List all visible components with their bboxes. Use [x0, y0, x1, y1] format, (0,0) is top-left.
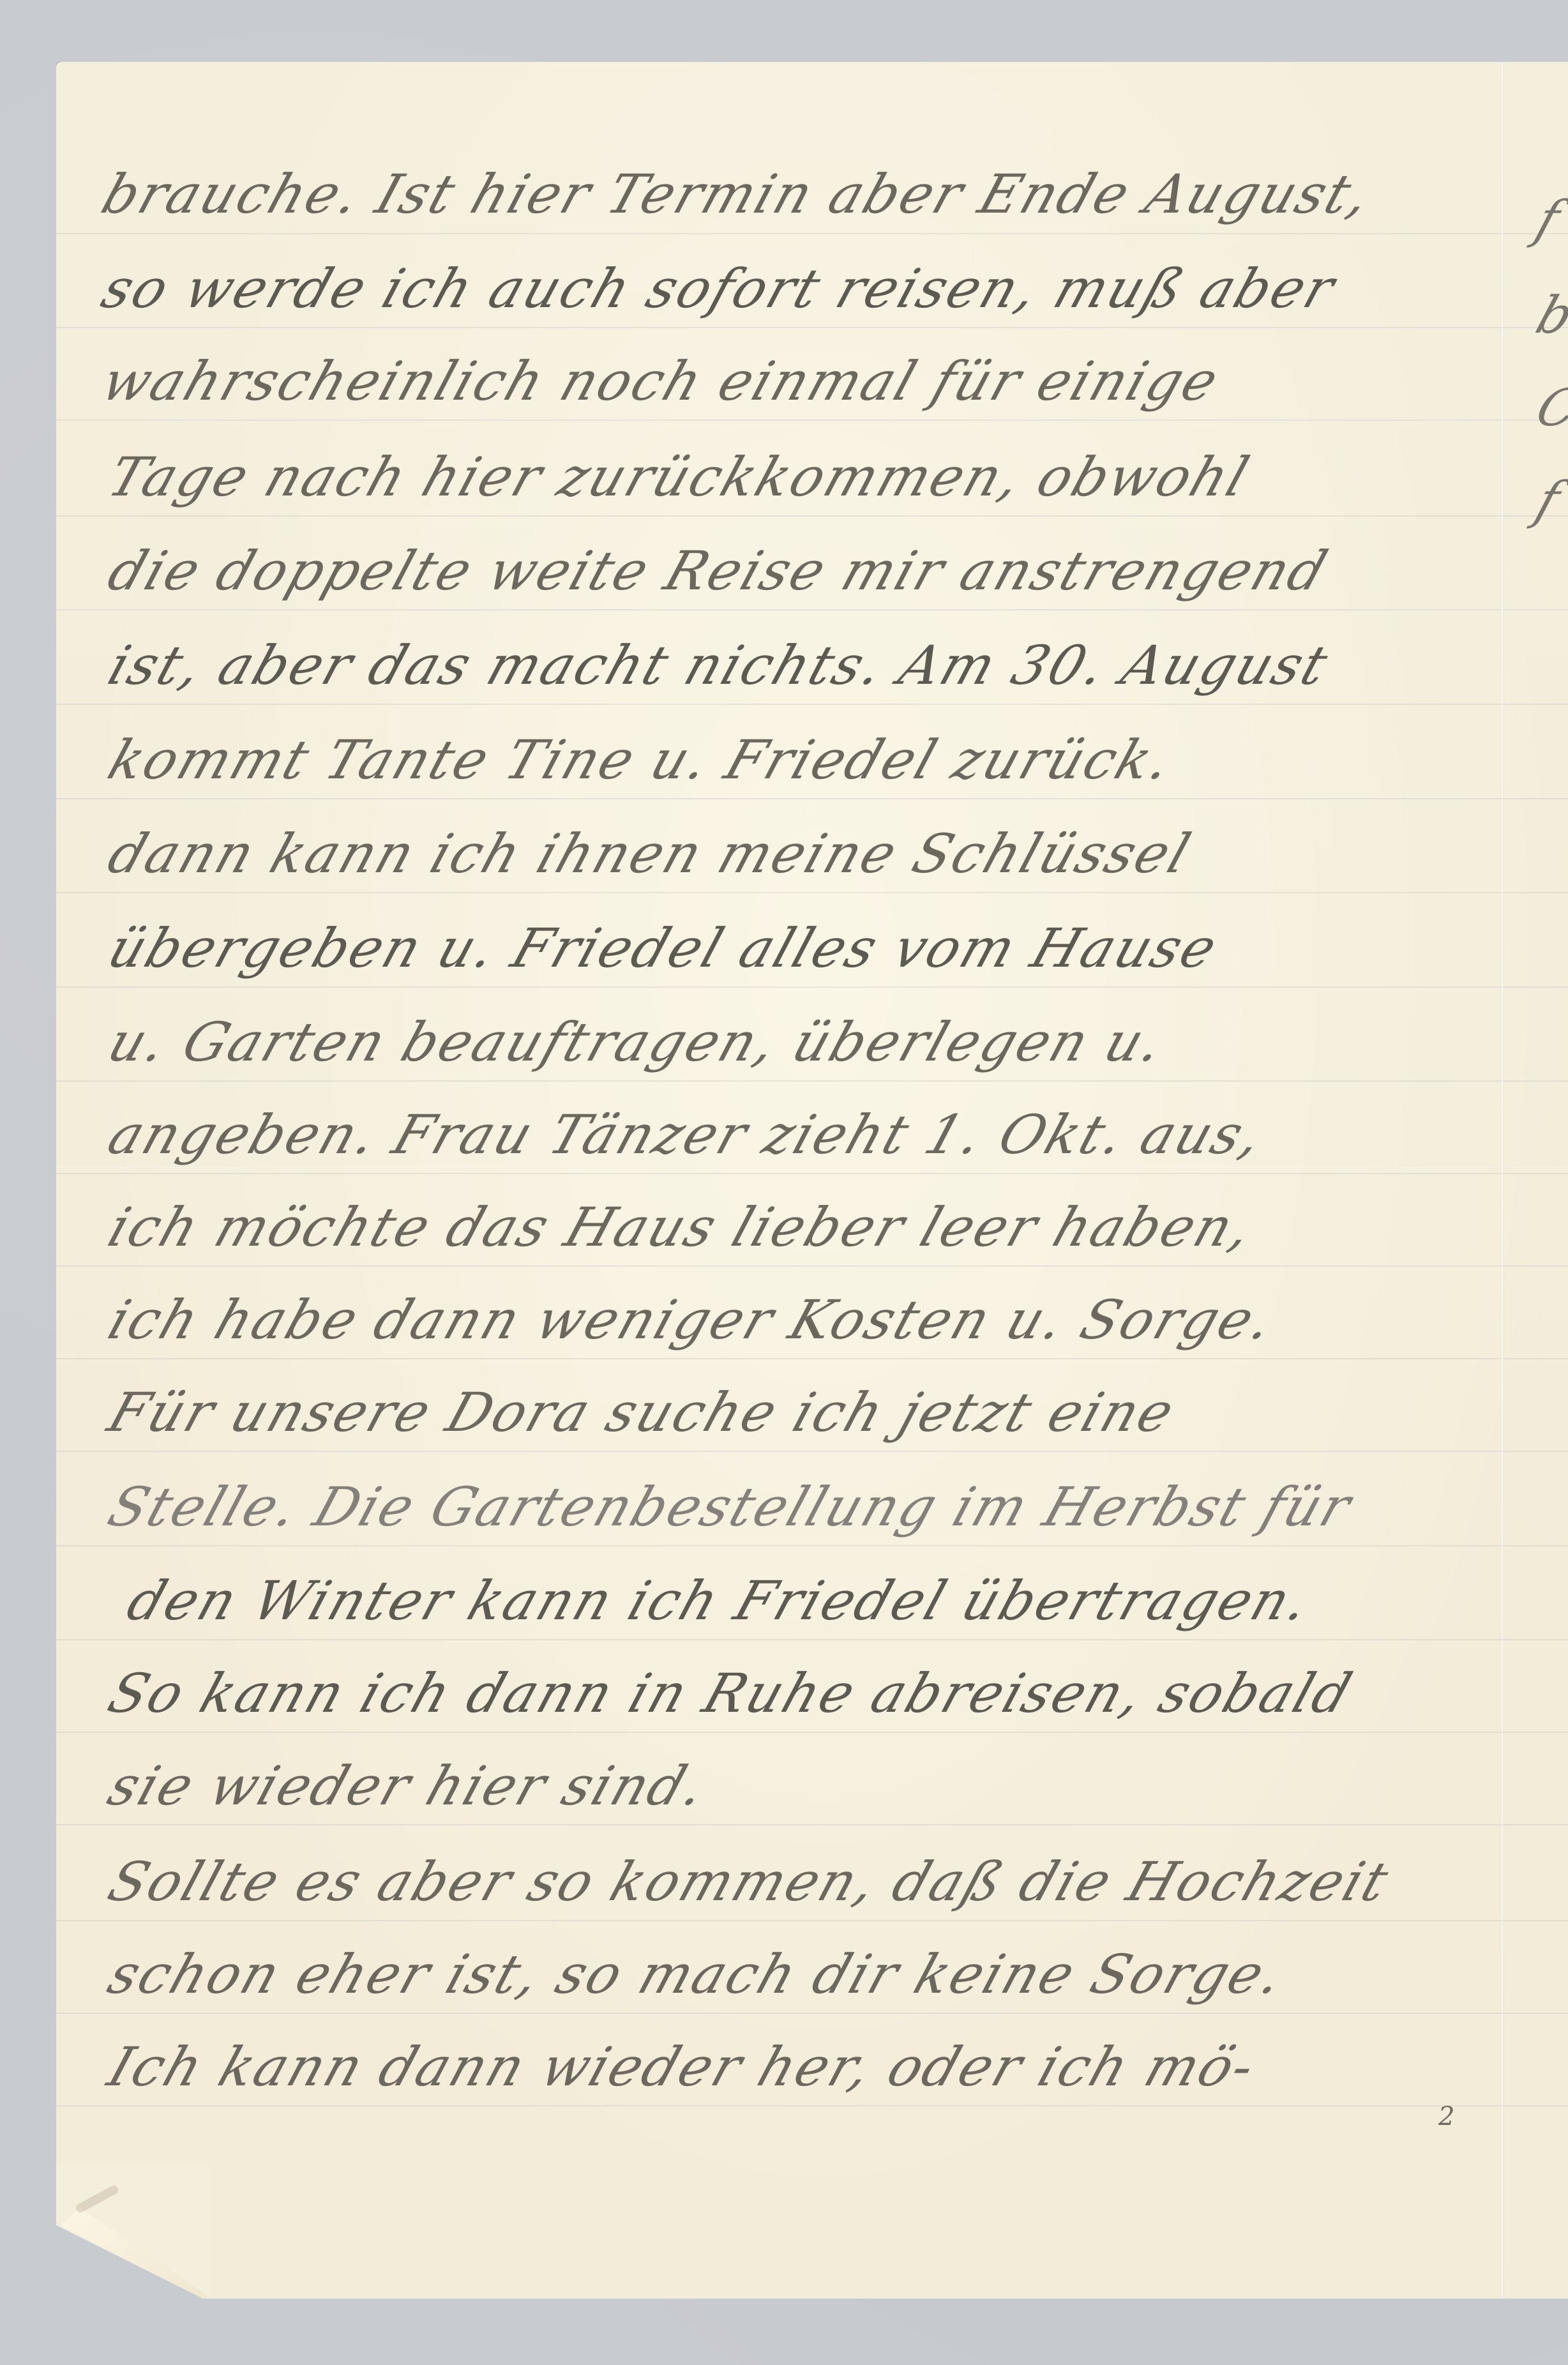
handwritten-line: sie wieder hier sind.	[102, 1759, 714, 1813]
ruled-line	[56, 515, 1568, 517]
ruled-line	[56, 798, 1568, 799]
handwritten-line: schon eher ist, so mach dir keine Sorge.	[102, 1947, 1291, 2001]
ruled-line	[56, 1358, 1568, 1359]
ruled-line	[56, 609, 1568, 610]
page-number: 2	[1438, 2102, 1454, 2131]
handwritten-line: Ich kann dann wieder her, oder ich mö-	[102, 2040, 1263, 2094]
handwritten-line: kommt Tante Tine u. Friedel zurück.	[102, 733, 1180, 787]
ruled-line	[56, 2013, 1568, 2014]
ruled-line	[56, 1173, 1568, 1174]
letter-page: brauche. Ist hier Termin aber Ende Augus…	[56, 62, 1568, 2299]
handwritten-line: Stelle. Die Gartenbestellung im Herbst f…	[102, 1480, 1359, 1534]
handwritten-line: übergeben u. Friedel alles vom Hause	[102, 921, 1225, 975]
ruled-line	[56, 1545, 1568, 1546]
handwritten-line: Sollte es aber so kommen, daß die Hochze…	[102, 1855, 1396, 1908]
vertical-fold-crease	[1500, 62, 1504, 2299]
ruled-line	[56, 892, 1568, 893]
ruled-line	[56, 327, 1568, 328]
ruled-line	[56, 233, 1568, 234]
handwritten-line: so werde ich auch sofort reisen, muß abe…	[96, 262, 1343, 315]
handwritten-line: ich habe dann weniger Kosten u. Sorge.	[102, 1293, 1281, 1347]
handwritten-line: den Winter kann ich Friedel übertragen.	[121, 1574, 1317, 1628]
ruled-line	[56, 1266, 1568, 1267]
handwritten-line: die doppelte weite Reise mir anstrengend	[102, 544, 1335, 598]
horizontal-fold-crease	[56, 1167, 1568, 1169]
ruled-line	[56, 419, 1568, 421]
ruled-line	[56, 1920, 1568, 1921]
handwritten-line: ist, aber das macht nichts. Am 30. Augus…	[102, 638, 1336, 692]
ruled-line	[56, 2105, 1568, 2106]
ruled-line	[56, 986, 1568, 988]
handwritten-line: brauche. Ist hier Termin aber Ende Augus…	[96, 167, 1378, 221]
ruled-line	[56, 1824, 1568, 1825]
handwritten-line: dann kann ich ihnen meine Schlüssel	[102, 827, 1198, 880]
handwritten-line: angeben. Frau Tänzer zieht 1. Okt. aus,	[102, 1108, 1270, 1161]
ruled-line	[56, 1732, 1568, 1733]
handwritten-line: wahrscheinlich noch einmal für einige	[96, 354, 1226, 408]
ruled-line	[56, 704, 1568, 705]
handwritten-line: Tage nach hier zurückkommen, obwohl	[102, 450, 1256, 504]
handwritten-line: ich möchte das Haus lieber leer haben,	[102, 1200, 1260, 1254]
ruled-line	[56, 1451, 1568, 1452]
handwritten-line: So kann ich dann in Ruhe abreisen, sobal…	[102, 1666, 1359, 1720]
handwritten-line: Für unsere Dora suche ich jetzt eine	[102, 1386, 1182, 1439]
ruled-line	[56, 1080, 1568, 1082]
ruled-line	[56, 1639, 1568, 1640]
handwritten-line: u. Garten beauftragen, überlegen u.	[102, 1015, 1172, 1069]
